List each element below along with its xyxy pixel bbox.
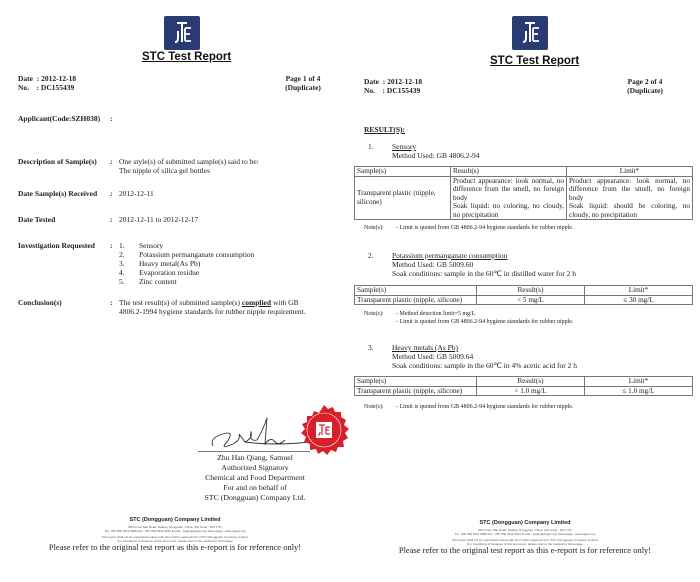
report-page-2: STC Test Report Date : 2012-12-18 No. : … bbox=[350, 0, 700, 582]
permanganate-table: Sample(s) Result(s) Limit* Transparent p… bbox=[354, 285, 693, 305]
permanganate-notes: Note(s):- Method detection limit=5 mg/L … bbox=[364, 310, 573, 326]
heavy-metals-table: Sample(s) Result(s) Limit* Transparent p… bbox=[354, 376, 693, 396]
list-item: 3.Heavy metal(As Pb) bbox=[119, 259, 254, 268]
applicant-colon: : bbox=[110, 114, 113, 123]
reference-notice: Please refer to the original test report… bbox=[350, 546, 700, 555]
section-permanganate: 2.Potassium permanganate consumption Met… bbox=[368, 251, 576, 278]
header-date: Date : 2012-12-18 bbox=[364, 77, 422, 86]
description-value: One style(s) of submitted sample(s) said… bbox=[119, 157, 259, 175]
stc-logo bbox=[164, 16, 200, 50]
signatory-name: Zhu Han Qiang, Samuel bbox=[185, 453, 325, 463]
investigation-label: Investigation Requested bbox=[18, 241, 95, 250]
report-title: STC Test Report bbox=[490, 55, 579, 67]
table-row: Transparent plastic (nipple, silicone) <… bbox=[355, 295, 693, 305]
sensory-table: Sample(s) Result(s) Limit* Transparent p… bbox=[354, 166, 693, 220]
header-number: No. : DC155439 bbox=[364, 86, 420, 95]
date-received-value: 2012-12-11 bbox=[119, 189, 154, 198]
report-title: STC Test Report bbox=[142, 51, 231, 63]
date-tested-label: Date Tested bbox=[18, 215, 55, 224]
conclusion-value: The test result(s) of submitted sample(s… bbox=[119, 298, 306, 316]
section-sensory: 1.Sensory Method Used: GB 4806.2-94 bbox=[368, 142, 480, 160]
applicant-label: Applicant(Code:SZH038) bbox=[18, 114, 100, 123]
page-indicator: Page 1 of 4 (Duplicate) bbox=[278, 74, 328, 92]
page-footer: STC (Dongguan) Company Limited 88 Furmin… bbox=[350, 520, 700, 555]
date-tested-value: 2012-12-11 to 2012-12-17 bbox=[119, 215, 198, 224]
header-number: No. : DC155439 bbox=[18, 83, 74, 92]
page-indicator: Page 2 of 4 (Duplicate) bbox=[620, 77, 670, 95]
list-item: 4.Evaporation residue bbox=[119, 268, 254, 277]
reference-notice: Please refer to the original test report… bbox=[0, 543, 350, 552]
stc-logo bbox=[512, 16, 548, 50]
table-row: Transparent plastic (nipple, silicone) P… bbox=[355, 176, 693, 220]
header-date: Date : 2012-12-18 bbox=[18, 74, 76, 83]
heavy-metals-notes: Note(s):- Limit is quoted from GB 4806.2… bbox=[364, 403, 573, 411]
list-item: 1.Sensory bbox=[119, 241, 254, 250]
signature-line bbox=[198, 451, 310, 452]
table-row: Transparent plastic (nipple, silicone) <… bbox=[355, 386, 693, 396]
sensory-notes: Note(s):- Limit is quoted from GB 4806.2… bbox=[364, 224, 573, 232]
page-footer: STC (Dongguan) Company Limited 88 Furmin… bbox=[0, 517, 350, 552]
investigation-list: 1.Sensory 2.Potassium permanganate consu… bbox=[119, 241, 254, 286]
results-heading: RESULT(S): bbox=[364, 125, 405, 134]
conclusion-label: Conclusion(s) bbox=[18, 298, 62, 307]
date-received-label: Date Sample(s) Received bbox=[18, 189, 97, 198]
description-label: Description of Sample(s) bbox=[18, 157, 97, 166]
company-seal-icon bbox=[297, 404, 351, 458]
list-item: 5.Zinc content bbox=[119, 277, 254, 286]
list-item: 2.Potassium permanganate consumption bbox=[119, 250, 254, 259]
section-heavy-metals: 3.Heavy metals (As Pb) Method Used: GB 5… bbox=[368, 343, 577, 370]
signatory-block: Zhu Han Qiang, Samuel Authorized Signato… bbox=[185, 453, 325, 503]
report-page-1: STC Test Report Date : 2012-12-18 No. : … bbox=[0, 0, 350, 582]
